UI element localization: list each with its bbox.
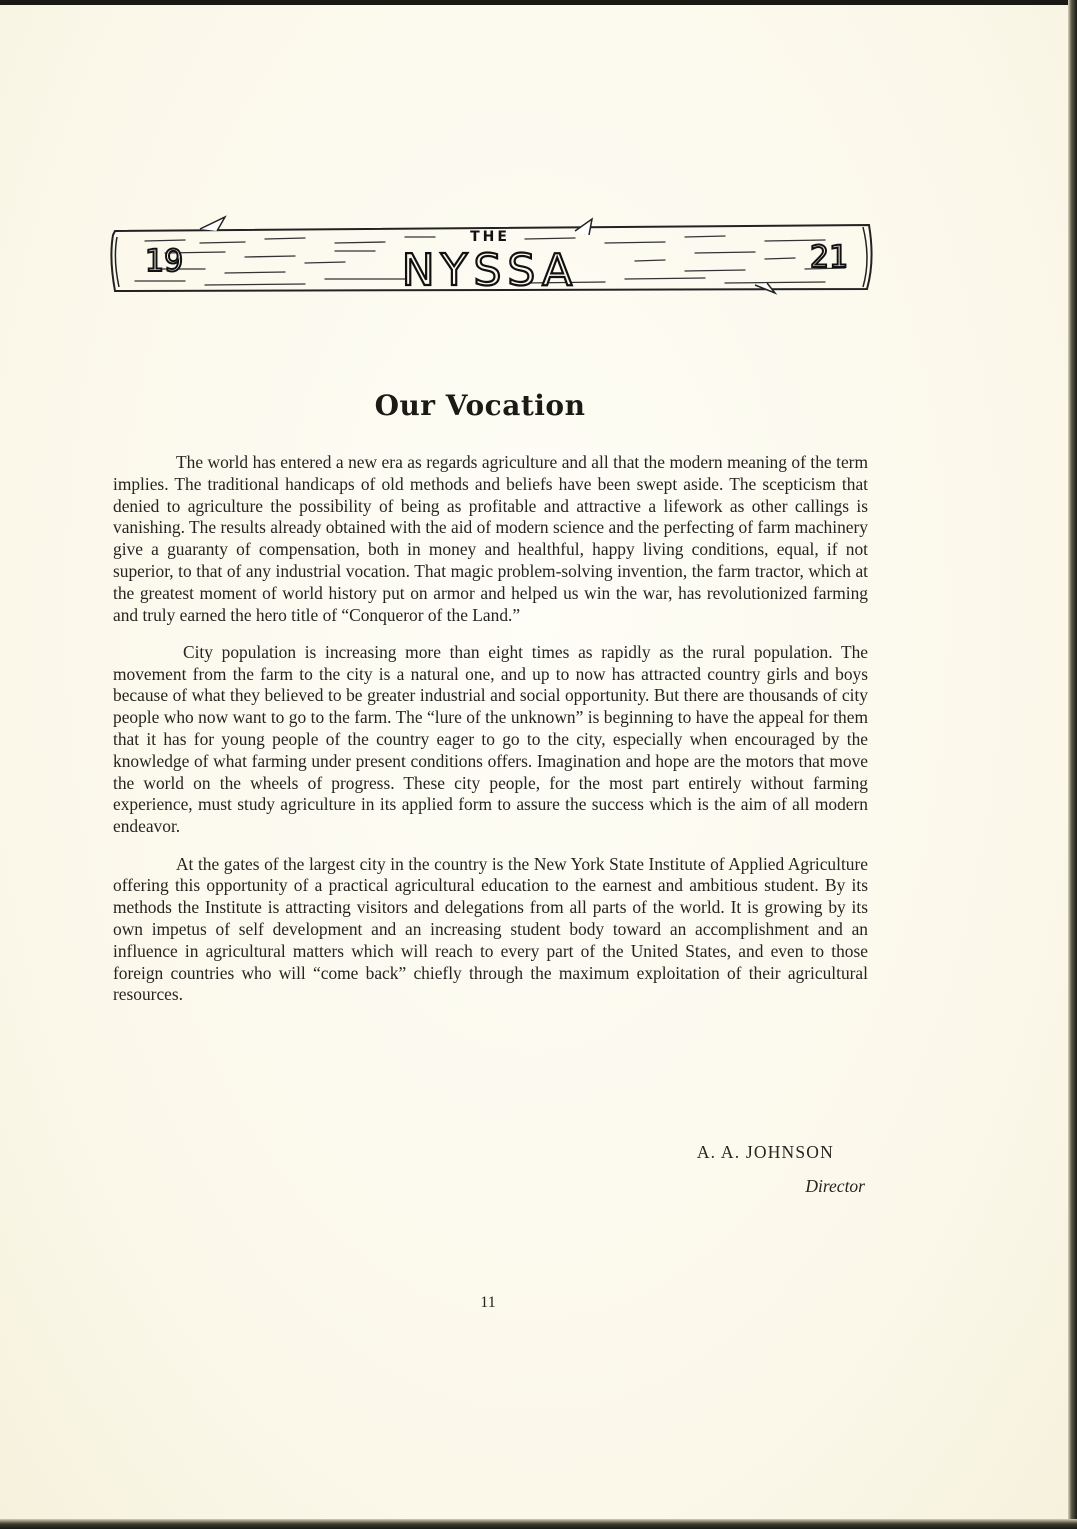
document-page: 19 21 THE NYSSA Our Vocation The world h… (0, 5, 1068, 1522)
yearbook-banner: 19 21 THE NYSSA (105, 213, 875, 301)
paragraph: At the gates of the largest city in the … (113, 854, 868, 1007)
book-edge-shadow-bottom (0, 1519, 1077, 1529)
book-edge-shadow-right (1068, 0, 1077, 1529)
author-signature: A. A. JOHNSON (0, 1142, 834, 1163)
banner-title-text: NYSSA (402, 245, 579, 296)
banner-the-text: THE (470, 229, 510, 245)
log-banner-illustration: 19 21 THE NYSSA (105, 213, 875, 301)
article-body: The world has entered a new era as regar… (113, 452, 868, 1022)
page-number: 11 (0, 1294, 976, 1312)
banner-year-left: 19 (145, 244, 183, 279)
paragraph: The world has entered a new era as regar… (113, 452, 868, 626)
article-title: Our Vocation (0, 389, 960, 422)
paragraph: City population is increasing more than … (113, 642, 868, 838)
banner-year-right: 21 (810, 240, 848, 275)
author-role: Director (0, 1176, 865, 1197)
